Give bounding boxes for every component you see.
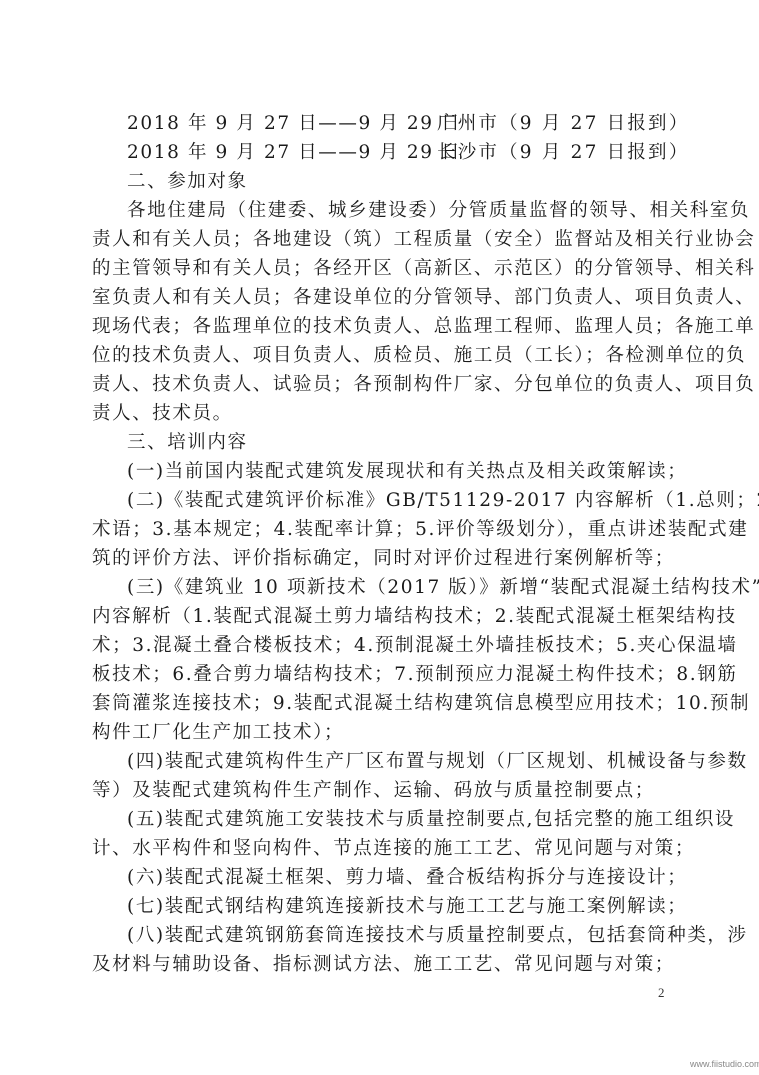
document-page: 2018 年 9 月 27 日——9 月 29 日 广州市（9 月 27 日报到… [0, 0, 759, 1075]
list-item-3-cont: 板技术；6.叠合剪力墙结构技术；7.预制预应力混凝土构件技术；8.钢筋 [92, 661, 666, 689]
list-item-3-cont: 构件工厂化生产加工技术）； [92, 719, 666, 747]
list-item-4-cont: 等）及装配式建筑构件生产制作、运输、码放与质量控制要点； [92, 777, 666, 805]
paragraph-line: 各地住建局（住建委、城乡建设委）分管质量监督的领导、相关科室负 [127, 197, 666, 225]
list-item-8: (八)装配式建筑钢筋套筒连接技术与质量控制要点，包括套筒种类，涉 [127, 922, 666, 950]
list-item-2-cont: 筑的评价方法、评价指标确定，同时对评价过程进行案例解析等； [92, 545, 666, 573]
list-item-4: (四)装配式建筑构件生产厂区布置与规划（厂区规划、机械设备与参数 [127, 748, 666, 776]
list-item-5: (五)装配式建筑施工安装技术与质量控制要点,包括完整的施工组织设 [127, 806, 666, 834]
list-item-5-cont: 计、水平构件和竖向构件、节点连接的施工工艺、常见问题与对策； [92, 835, 666, 863]
list-item-8-cont: 及材料与辅助设备、指标测试方法、施工工艺、常见问题与对策； [92, 951, 666, 979]
paragraph-line: 责人、技术负责人、试验员；各预制构件厂家、分包单位的负责人、项目负 [92, 371, 666, 399]
list-item-3-cont: 内容解析（1.装配式混凝土剪力墙结构技术；2.装配式混凝土框架结构技 [92, 603, 666, 631]
list-item-2: (二)《装配式建筑评价标准》GB/T51129-2017 内容解析（1.总则；2… [127, 487, 666, 515]
paragraph-line: 室负责人和有关人员；各建设单位的分管领导、部门负责人、项目负责人、 [92, 284, 666, 312]
paragraph-line: 的主管领导和有关人员；各经开区（高新区、示范区）的分管领导、相关科 [92, 255, 666, 283]
list-item-1: (一)当前国内装配式建筑发展现状和有关热点及相关政策解读； [127, 458, 666, 486]
list-item-3: (三)《建筑业 10 项新技术（2017 版）》新增“装配式混凝土结构技术” [127, 574, 666, 602]
list-item-6: (六)装配式混凝土框架、剪力墙、叠合板结构拆分与连接设计； [127, 864, 666, 892]
schedule-dates-2: 2018 年 9 月 27 日——9 月 29 日 [127, 139, 461, 167]
section-heading-participants: 二、参加对象 [127, 168, 666, 196]
paragraph-line: 现场代表；各监理单位的技术负责人、总监理工程师、监理人员；各施工单 [92, 313, 666, 341]
schedule-city-2: 长沙市（9 月 27 日报到） [437, 139, 689, 167]
paragraph-line: 位的技术负责人、项目负责人、质检员、施工员（工长）；各检测单位的负 [92, 342, 666, 370]
list-item-7: (七)装配式钢结构建筑连接新技术与施工工艺与施工案例解读； [127, 893, 666, 921]
paragraph-line: 责人和有关人员；各地建设（筑）工程质量（安全）监督站及相关行业协会 [92, 226, 666, 254]
list-item-3-cont: 术；3.混凝土叠合楼板技术；4.预制混凝土外墙挂板技术；5.夹心保温墙 [92, 632, 666, 660]
list-item-2-cont: 术语；3.基本规定；4.装配率计算；5.评价等级划分），重点讲述装配式建 [92, 516, 666, 544]
page-number: 2 [658, 985, 665, 1001]
schedule-dates-1: 2018 年 9 月 27 日——9 月 29 日 [127, 110, 461, 138]
schedule-city-1: 广州市（9 月 27 日报到） [437, 110, 689, 138]
paragraph-line: 责人、技术员。 [92, 400, 666, 428]
watermark: www.fiistudio.com [690, 1059, 759, 1069]
section-heading-training-content: 三、培训内容 [127, 429, 666, 457]
list-item-3-cont: 套筒灌浆连接技术；9.装配式混凝土结构建筑信息模型应用技术；10.预制 [92, 690, 666, 718]
